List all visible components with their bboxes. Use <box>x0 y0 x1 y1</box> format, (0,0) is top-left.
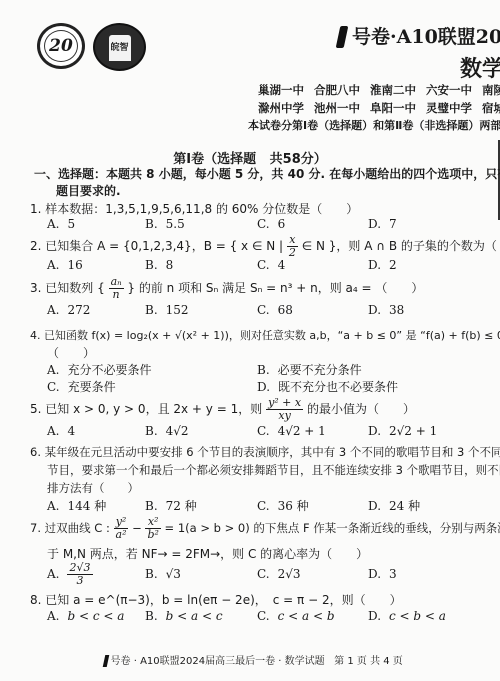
section-instructions-line2: 题目要求的. <box>56 182 121 199</box>
question-number: 3. <box>30 281 41 295</box>
option-text: 2 <box>389 258 397 272</box>
question-number: 6. <box>30 445 41 459</box>
question-6: 6. 某年级在元旦活动中要安排 6 个节目的表演顺序，其中有 3 个不同的歌唱节… <box>30 444 500 460</box>
option-text: 5.5 <box>166 217 185 231</box>
question-stem-a: 已知数列 { <box>45 281 104 295</box>
option-label: B. <box>145 258 158 272</box>
option-text: 既不充分也不必要条件 <box>278 380 398 394</box>
option-label: C. <box>257 609 270 623</box>
option-label: A. <box>47 303 59 317</box>
option-label: B. <box>145 424 158 438</box>
question-1: 1. 样本数据：1,3,5,1,9,5,6,11,8 的 60% 分位数是（ ） <box>30 200 358 217</box>
fraction: 2√33 <box>67 562 92 587</box>
option-text: c < b < a <box>389 609 446 623</box>
option-d[interactable]: D.38 <box>368 303 404 317</box>
fraction-denominator: 3 <box>67 575 92 587</box>
option-text: 3 <box>389 567 397 581</box>
option-label: C. <box>257 303 270 317</box>
question-4-line2: （ ） <box>47 344 95 361</box>
option-text: 68 <box>278 303 293 317</box>
question-stem: 样本数据：1,3,5,1,9,5,6,11,8 的 60% 分位数是（ ） <box>45 202 358 216</box>
option-label: B. <box>145 217 158 231</box>
option-c[interactable]: C.6 <box>257 217 285 231</box>
option-text: 16 <box>67 258 82 272</box>
fraction-denominator: n <box>109 289 124 301</box>
option-a[interactable]: A.4 <box>47 424 75 438</box>
question-stem-b: ∈ N }，则 A ∩ B 的子集的个数为（ ） <box>302 239 500 253</box>
question-5: 5. 已知 x > 0, y > 0，且 2x + y = 1，则 y² + x… <box>30 397 415 422</box>
option-label: A. <box>47 217 59 231</box>
option-b[interactable]: B.必要不充分条件 <box>257 361 362 378</box>
option-a[interactable]: A.5 <box>47 217 75 231</box>
option-d[interactable]: D.2√2 + 1 <box>368 424 437 438</box>
brand-mark-icon <box>102 655 109 667</box>
question-3: 3. 已知数列 { aₙn } 的前 n 项和 Sₙ 满足 Sₙ = n³ + … <box>30 276 423 301</box>
question-4: 4. 已知函数 f(x) = log₂(x + √(x² + 1))，则对任意实… <box>30 327 500 343</box>
option-b[interactable]: B.√3 <box>145 567 181 581</box>
option-label: A. <box>47 363 59 377</box>
option-label: C. <box>47 380 60 394</box>
question-number: 5. <box>30 402 41 416</box>
option-d[interactable]: D.既不充分也不必要条件 <box>257 378 398 395</box>
fraction-denominator: b² <box>145 529 160 541</box>
question-7-line2: 于 M,N 两点，若 NF→ = 2FM→，则 C 的离心率为（ ） <box>47 545 368 562</box>
question-stem: 已知 a = e^(π−3)，b = ln(eπ − 2e)， c = π − … <box>45 593 401 607</box>
question-stem-line1: 已知函数 f(x) = log₂(x + √(x² + 1))，则对任意实数 a… <box>44 329 500 342</box>
fraction-denominator: xy <box>266 410 303 422</box>
fraction: y² + xxy <box>266 397 303 422</box>
option-text: 36 种 <box>278 499 309 513</box>
question-6-line3: 排方法有（ ） <box>47 480 139 496</box>
option-text: 8 <box>166 258 174 272</box>
fraction-denominator: a² <box>114 529 129 541</box>
option-text: 2√3 <box>278 567 301 581</box>
minus-sign: − <box>132 521 142 535</box>
fraction-denominator: 2 <box>287 247 298 259</box>
option-b[interactable]: B.b < a < c <box>145 609 223 623</box>
option-label: D. <box>368 609 381 623</box>
option-text: c < a < b <box>278 609 335 623</box>
option-label: D. <box>368 217 381 231</box>
fraction: y²a² <box>114 516 129 541</box>
question-number: 7. <box>30 521 41 535</box>
option-a[interactable]: A.充分不必要条件 <box>47 361 152 378</box>
option-a[interactable]: A.2√33 <box>47 562 93 587</box>
option-text: 4√2 <box>166 424 189 438</box>
option-c[interactable]: C.c < a < b <box>257 609 335 623</box>
option-label: D. <box>368 258 381 272</box>
option-label: A. <box>47 609 59 623</box>
option-text: 充分不必要条件 <box>67 363 151 377</box>
question-7: 7. 过双曲线 C : y²a² − x²b² = 1(a > b > 0) 的… <box>30 516 500 541</box>
schools-row-2: 滁州中学 池州一中 阜阳一中 灵璧中学 宿城一中 - <box>258 100 500 116</box>
fraction: x2 <box>287 234 298 259</box>
option-label: A. <box>47 499 59 513</box>
option-text: 6 <box>278 217 286 231</box>
option-label: C. <box>257 217 270 231</box>
question-number: 4. <box>30 329 41 342</box>
option-d[interactable]: D.c < b < a <box>368 609 446 623</box>
question-stem-b: = 1(a > b > 0) 的下焦点 F 作某一条渐近线的垂线，分别与两条渐近… <box>165 521 500 535</box>
option-text: 24 种 <box>389 499 420 513</box>
option-label: A. <box>47 424 59 438</box>
question-number: 2. <box>30 239 41 253</box>
option-label: C. <box>257 499 270 513</box>
option-b[interactable]: B.5.5 <box>145 217 185 231</box>
option-c[interactable]: C.充要条件 <box>47 378 116 395</box>
question-stem-b: 的最小值为（ ） <box>307 402 415 416</box>
question-8: 8. 已知 a = e^(π−3)，b = ln(eπ − 2e)， c = π… <box>30 591 402 608</box>
option-b[interactable]: B.72 种 <box>145 497 197 514</box>
exam-notice: 本试卷分第Ⅰ卷（选择题）和第Ⅱ卷（非选择题）两部分 <box>248 117 500 133</box>
option-text: 38 <box>389 303 404 317</box>
option-c[interactable]: C.2√3 <box>257 567 301 581</box>
question-6-line2: 节目，要求第一个和最后一个都必须安排舞蹈节目，且不能连续安排 3 个歌唱节目，则… <box>47 462 500 478</box>
question-stem-line1: 某年级在元旦活动中要安排 6 个节目的表演顺序，其中有 3 个不同的歌唱节目和 … <box>45 445 500 459</box>
option-text: b < a < c <box>166 609 223 623</box>
option-b[interactable]: B.4√2 <box>145 424 189 438</box>
option-a[interactable]: A.b < c < a <box>47 609 124 623</box>
logo-number: 20 <box>40 36 82 56</box>
fraction: aₙn <box>109 276 124 301</box>
question-number: 1. <box>30 202 41 216</box>
option-label: B. <box>145 499 158 513</box>
option-d[interactable]: D.2 <box>368 258 397 272</box>
option-b[interactable]: B.152 <box>145 303 189 317</box>
footer-text: 号卷 · A10联盟2024届高三最后一卷 · 数学试题 第 1 页 共 4 页 <box>111 656 403 667</box>
exam-brand-title: 号卷·A10联盟20 <box>352 22 500 49</box>
question-stem-a: 过双曲线 C : <box>45 521 110 535</box>
option-label: C. <box>257 424 270 438</box>
option-text: 4 <box>278 258 286 272</box>
page-footer: 号卷 · A10联盟2024届高三最后一卷 · 数学试题 第 1 页 共 4 页 <box>0 641 500 667</box>
schools-row-1: 巢湖一中 合肥八中 淮南二中 六安一中 南陵中学 舒 <box>258 82 500 98</box>
option-label: B. <box>257 363 270 377</box>
option-label: B. <box>145 567 158 581</box>
option-text: 2√2 + 1 <box>389 424 437 438</box>
option-d[interactable]: D.7 <box>368 217 397 231</box>
option-label: C. <box>257 567 270 581</box>
option-c[interactable]: C.36 种 <box>257 497 309 514</box>
option-text: 7 <box>389 217 397 231</box>
option-label: B. <box>145 609 158 623</box>
option-text: 144 种 <box>67 499 106 513</box>
option-label: A. <box>47 258 59 272</box>
option-label: A. <box>47 567 59 581</box>
option-a[interactable]: A.144 种 <box>47 497 106 514</box>
option-text: 4 <box>67 424 75 438</box>
question-stem-a: 已知 x > 0, y > 0，且 2x + y = 1，则 <box>45 402 262 416</box>
question-stem-a: 已知集合 A = {0,1,2,3,4}，B = { x ∈ N | <box>45 239 283 253</box>
option-text: 272 <box>67 303 90 317</box>
option-text: √3 <box>166 567 181 581</box>
option-text: 必要不充分条件 <box>278 363 362 377</box>
option-text: 4√2 + 1 <box>278 424 326 438</box>
option-c[interactable]: C.4√2 + 1 <box>257 424 326 438</box>
question-stem-b: } 的前 n 项和 Sₙ 满足 Sₙ = n³ + n，则 a₄ = （ ） <box>127 281 423 295</box>
option-d[interactable]: D.24 种 <box>368 497 420 514</box>
option-text: 5 <box>67 217 75 231</box>
option-text: 72 种 <box>166 499 197 513</box>
option-text: b < c < a <box>67 609 124 623</box>
option-label: B. <box>145 303 158 317</box>
option-label: C. <box>257 258 270 272</box>
option-label: D. <box>368 567 381 581</box>
alliance-logo: 20 <box>37 23 85 69</box>
question-number: 8. <box>30 593 41 607</box>
logo-text: 皖智 <box>95 40 144 53</box>
option-d[interactable]: D.3 <box>368 567 397 581</box>
subject-title: 数学 <box>460 52 500 83</box>
option-c[interactable]: C.68 <box>257 303 293 317</box>
option-label: D. <box>368 303 381 317</box>
option-a[interactable]: A.272 <box>47 303 90 317</box>
option-a[interactable]: A.16 <box>47 258 83 272</box>
wanzhi-education-logo: 皖智 <box>93 23 146 71</box>
option-label: D. <box>368 424 381 438</box>
option-text: 充要条件 <box>68 380 116 394</box>
brand-mark-icon <box>336 26 349 48</box>
option-c[interactable]: C.4 <box>257 258 285 272</box>
option-text: 152 <box>166 303 189 317</box>
option-label: D. <box>368 499 381 513</box>
question-2: 2. 已知集合 A = {0,1,2,3,4}，B = { x ∈ N | x2… <box>30 234 500 259</box>
option-label: D. <box>257 380 270 394</box>
fraction: x²b² <box>145 516 160 541</box>
section-instructions-line1: 一、选择题：本题共 8 小题，每小题 5 分，共 40 分. 在每小题给出的四个… <box>34 165 500 182</box>
option-b[interactable]: B.8 <box>145 258 173 272</box>
